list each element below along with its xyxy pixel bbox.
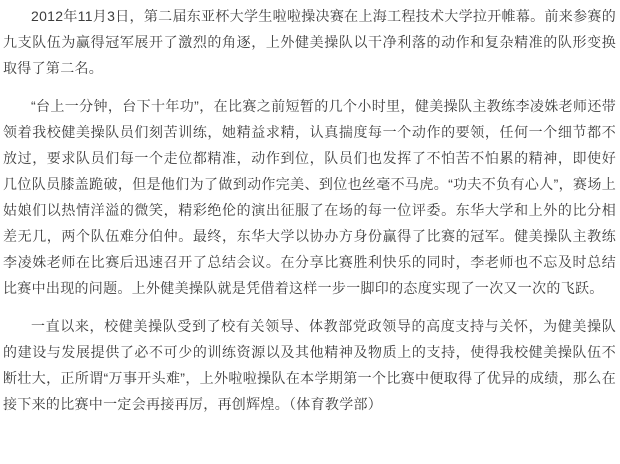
document-page: 2012年11月3日，第二届东亚杯大学生啦啦操决赛在上海工程技术大学拉开帷幕。前… — [0, 0, 620, 464]
paragraph-competition-details: “台上一分钟，台下十年功”，在比赛之前短暂的几个小时里，健美操队主教练李凌姝老师… — [3, 93, 616, 301]
paragraph-opening: 2012年11月3日，第二届东亚杯大学生啦啦操决赛在上海工程技术大学拉开帷幕。前… — [3, 3, 616, 81]
paragraph-closing: 一直以来，校健美操队受到了校有关领导、体教部党政领导的高度支持与关怀，为健美操队… — [3, 313, 616, 417]
